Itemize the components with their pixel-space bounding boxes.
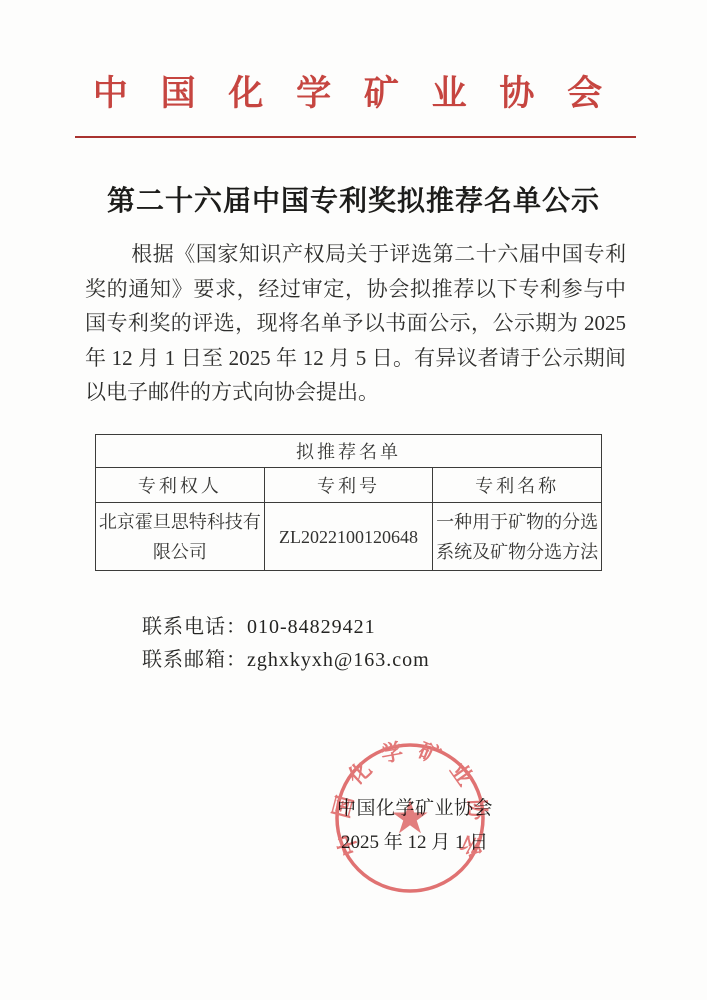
signature-date: 2025 年 12 月 1 日 xyxy=(341,827,488,854)
cell-patent-number: ZL2022100120648 xyxy=(264,503,433,571)
letterhead-org-name: 中 国 化 学 矿 业 协 会 xyxy=(0,66,707,116)
column-header-patentee: 专利权人 xyxy=(96,468,265,503)
letterhead-divider xyxy=(75,136,636,138)
signature-org-name: 中国化学矿业协会 xyxy=(337,793,493,820)
contact-phone-line: 联系电话：010-84829421 xyxy=(142,611,430,644)
contact-phone-label: 联系电话： xyxy=(142,616,247,638)
document-page: 中 国 化 学 矿 业 协 会 第二十六届中国专利奖拟推荐名单公示 根据《国家知… xyxy=(0,0,707,1000)
table-caption-row: 拟推荐名单 xyxy=(96,435,602,468)
contact-phone-value: 010-84829421 xyxy=(247,616,376,638)
contact-email-label: 联系邮箱： xyxy=(142,649,247,671)
table-header-row: 专利权人 专利号 专利名称 xyxy=(96,468,602,503)
table-caption: 拟推荐名单 xyxy=(96,435,602,468)
contact-email-value: zghxkyxh@163.com xyxy=(247,649,430,671)
cell-patentee: 北京霍旦思特科技有限公司 xyxy=(96,503,265,571)
recommend-table: 拟推荐名单 专利权人 专利号 专利名称 北京霍旦思特科技有限公司 ZL20221… xyxy=(95,434,602,571)
contact-email-line: 联系邮箱：zghxkyxh@163.com xyxy=(142,644,430,677)
column-header-patent-number: 专利号 xyxy=(264,468,433,503)
table-row: 北京霍旦思特科技有限公司 ZL2022100120648 一种用于矿物的分选系统… xyxy=(96,503,602,571)
contact-block: 联系电话：010-84829421 联系邮箱：zghxkyxh@163.com xyxy=(142,611,430,677)
cell-patent-title: 一种用于矿物的分选系统及矿物分选方法 xyxy=(433,503,602,571)
column-header-patent-title: 专利名称 xyxy=(433,468,602,503)
document-title: 第二十六届中国专利奖拟推荐名单公示 xyxy=(0,179,707,219)
announcement-paragraph: 根据《国家知识产权局关于评选第二十六届中国专利奖的通知》要求，经过审定，协会拟推… xyxy=(85,237,626,410)
